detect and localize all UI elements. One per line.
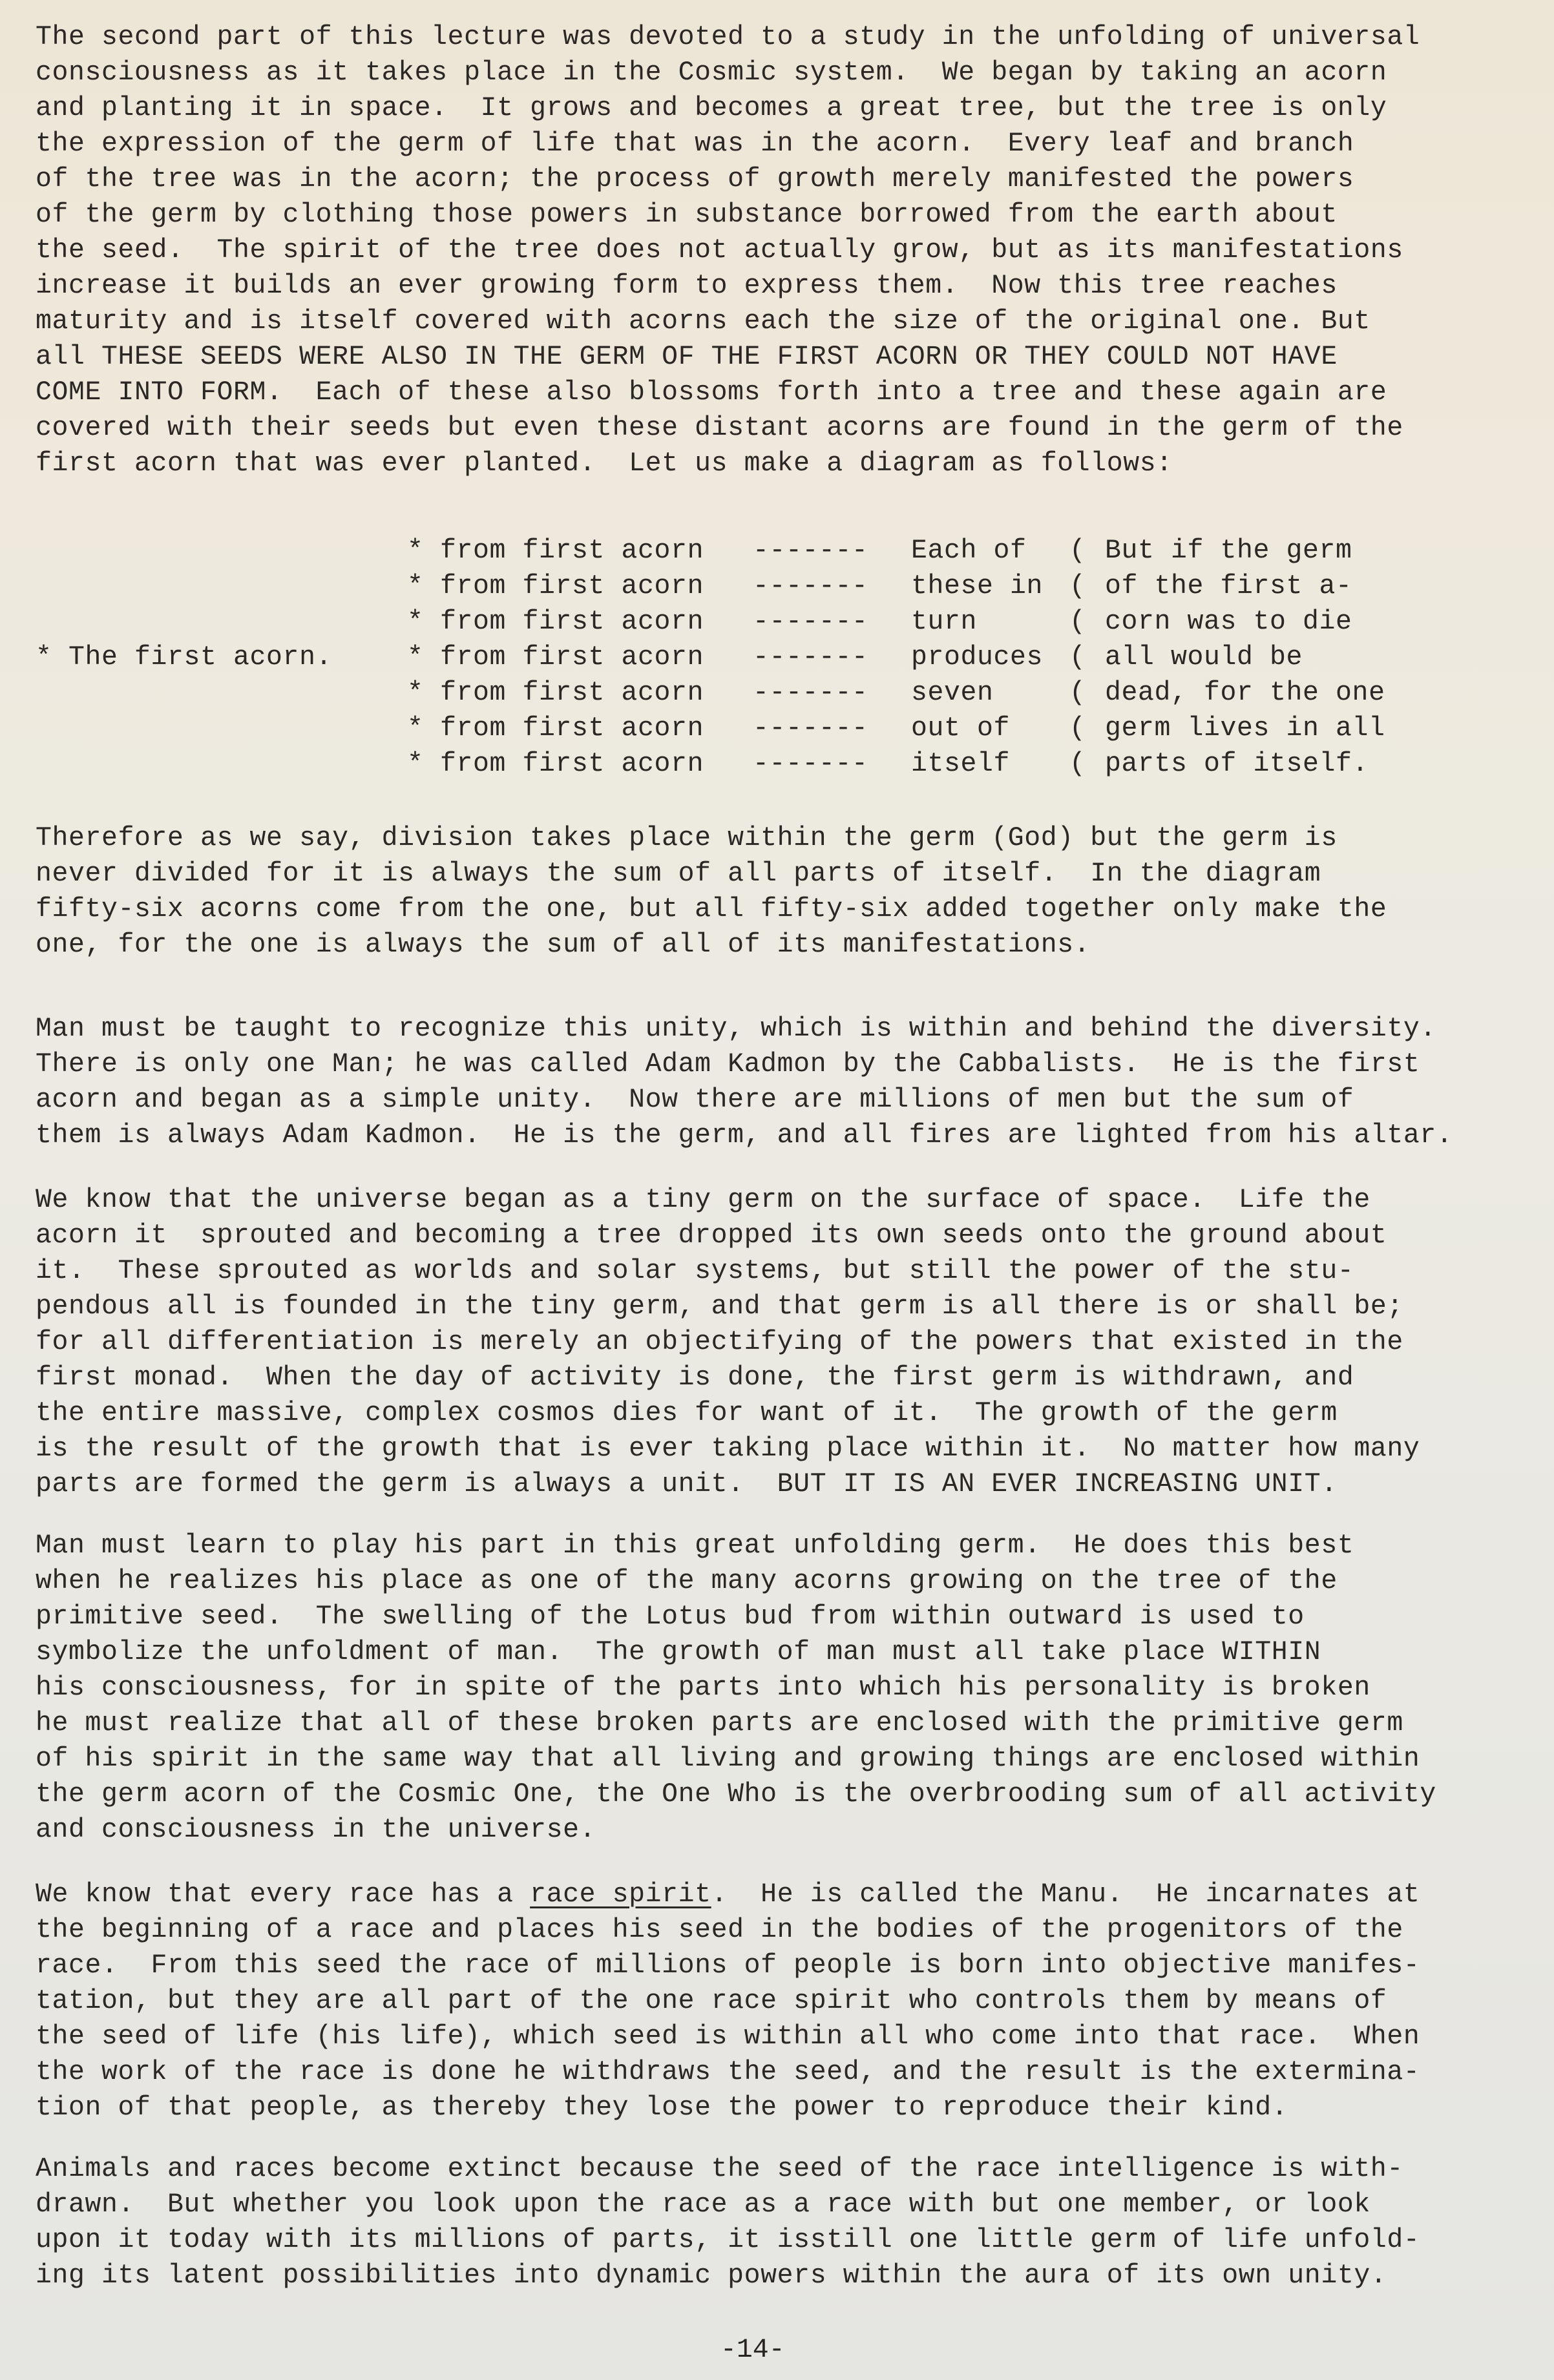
diagram-middle-text: seven	[911, 675, 994, 711]
text-line: the work of the race is done he withdraw…	[36, 2054, 1420, 2090]
underlined-term: race spirit	[530, 1879, 711, 1910]
text-line: one, for the one is always the sum of al…	[36, 927, 1387, 963]
diagram-note-text: parts of itself.	[1105, 746, 1369, 782]
diagram-brace: (	[1069, 675, 1086, 711]
text-line: the entire massive, complex cosmos dies …	[36, 1395, 1420, 1431]
diagram-connector: -------	[753, 569, 868, 604]
diagram-middle-text: these in	[911, 569, 1043, 604]
text-line: acorn it sprouted and becoming a tree dr…	[36, 1218, 1420, 1253]
text-line: the expression of the germ of life that …	[36, 126, 1420, 162]
text-line: primitive seed. The swelling of the Lotu…	[36, 1599, 1436, 1634]
diagram-row: * from first acorn-------turn(corn was t…	[36, 604, 1515, 640]
paragraph-man-part: Man must learn to play his part in this …	[36, 1528, 1436, 1848]
diagram-branch-label: * from first acorn	[407, 640, 704, 675]
paragraph-animals: Animals and races become extinct because…	[36, 2151, 1420, 2293]
diagram-row: * from first acorn-------itself(parts of…	[36, 746, 1515, 782]
diagram-branch-label: * from first acorn	[407, 604, 704, 640]
paragraph-man-unity: Man must be taught to recognize this uni…	[36, 1011, 1453, 1153]
text-line: The second part of this lecture was devo…	[36, 19, 1420, 55]
text-line: upon it today with its millions of parts…	[36, 2222, 1420, 2258]
paragraph-universe: We know that the universe began as a tin…	[36, 1182, 1420, 1502]
text-line: consciousness as it takes place in the C…	[36, 55, 1420, 90]
text-line: covered with their seeds but even these …	[36, 410, 1420, 446]
text-line: of the tree was in the acorn; the proces…	[36, 162, 1420, 197]
diagram-row: * from first acorn-------these in(of the…	[36, 569, 1515, 604]
diagram-connector: -------	[753, 711, 868, 746]
text-line: parts are formed the germ is always a un…	[36, 1467, 1420, 1502]
text-line: the beginning of a race and places his s…	[36, 1912, 1420, 1948]
diagram-note-text: of the first a-	[1105, 569, 1352, 604]
paragraph-intro: The second part of this lecture was devo…	[36, 19, 1420, 481]
text-line: of his spirit in the same way that all l…	[36, 1741, 1436, 1777]
diagram-brace: (	[1069, 640, 1086, 675]
diagram-row: * The first acorn.* from first acorn----…	[36, 640, 1515, 675]
diagram-connector: -------	[753, 640, 868, 675]
text-line: Therefore as we say, division takes plac…	[36, 820, 1387, 856]
text-line: Man must learn to play his part in this …	[36, 1528, 1436, 1563]
text-line: fifty-six acorns come from the one, but …	[36, 892, 1387, 927]
text-line: drawn. But whether you look upon the rac…	[36, 2187, 1420, 2222]
text-line: the seed. The spirit of the tree does no…	[36, 233, 1420, 268]
diagram-connector: -------	[753, 533, 868, 569]
text-line: and planting it in space. It grows and b…	[36, 90, 1420, 126]
text-line: pendous all is founded in the tiny germ,…	[36, 1289, 1420, 1324]
diagram-connector: -------	[753, 746, 868, 782]
acorn-diagram: * from first acorn-------Each of(But if …	[36, 533, 1515, 782]
diagram-row: * from first acorn-------Each of(But if …	[36, 533, 1515, 569]
paragraph-therefore: Therefore as we say, division takes plac…	[36, 820, 1387, 963]
text-line: race. From this seed the race of million…	[36, 1948, 1420, 1983]
diagram-brace: (	[1069, 746, 1086, 782]
text-line: them is always Adam Kadmon. He is the ge…	[36, 1118, 1453, 1153]
diagram-branch-label: * from first acorn	[407, 675, 704, 711]
text-line: tion of that people, as thereby they los…	[36, 2090, 1420, 2125]
text-line: tation, but they are all part of the one…	[36, 1983, 1420, 2019]
diagram-brace: (	[1069, 569, 1086, 604]
diagram-connector: -------	[753, 604, 868, 640]
text-line: We know that the universe began as a tin…	[36, 1182, 1420, 1218]
diagram-connector: -------	[753, 675, 868, 711]
diagram-middle-text: produces	[911, 640, 1043, 675]
text-segment: . He is called the Manu. He incarnates a…	[711, 1879, 1420, 1910]
diagram-root-label: * The first acorn.	[36, 640, 332, 675]
text-line: for all differentiation is merely an obj…	[36, 1324, 1420, 1360]
text-line: There is only one Man; he was called Ada…	[36, 1047, 1453, 1082]
page-number: -14-	[720, 2332, 785, 2368]
diagram-row: * from first acorn-------seven(dead, for…	[36, 675, 1515, 711]
text-line: We know that every race has a race spiri…	[36, 1877, 1420, 1912]
text-line: first acorn that was ever planted. Let u…	[36, 446, 1420, 481]
text-line: first monad. When the day of activity is…	[36, 1360, 1420, 1395]
text-line: ing its latent possibilities into dynami…	[36, 2258, 1420, 2293]
text-segment: We know that every race has a	[36, 1879, 530, 1910]
diagram-note-text: all would be	[1105, 640, 1303, 675]
text-line: it. These sprouted as worlds and solar s…	[36, 1253, 1420, 1289]
text-line: increase it builds an ever growing form …	[36, 268, 1420, 304]
diagram-note-text: dead, for the one	[1105, 675, 1385, 711]
text-line: maturity and is itself covered with acor…	[36, 304, 1420, 339]
text-line: his consciousness, for in spite of the p…	[36, 1670, 1436, 1706]
text-line: symbolize the unfoldment of man. The gro…	[36, 1634, 1436, 1670]
diagram-branch-label: * from first acorn	[407, 711, 704, 746]
text-line: never divided for it is always the sum o…	[36, 856, 1387, 892]
diagram-middle-text: turn	[911, 604, 977, 640]
diagram-middle-text: itself	[911, 746, 1010, 782]
diagram-branch-label: * from first acorn	[407, 533, 704, 569]
text-line: and consciousness in the universe.	[36, 1812, 1436, 1848]
text-line: Man must be taught to recognize this uni…	[36, 1011, 1453, 1047]
diagram-brace: (	[1069, 604, 1086, 640]
diagram-brace: (	[1069, 711, 1086, 746]
text-line: Animals and races become extinct because…	[36, 2151, 1420, 2187]
diagram-note-text: corn was to die	[1105, 604, 1352, 640]
paragraph-race-spirit: We know that every race has a race spiri…	[36, 1877, 1420, 2125]
diagram-note-text: germ lives in all	[1105, 711, 1385, 746]
text-line: he must realize that all of these broken…	[36, 1706, 1436, 1741]
text-line: is the result of the growth that is ever…	[36, 1431, 1420, 1467]
diagram-note-text: But if the germ	[1105, 533, 1352, 569]
text-line: the seed of life (his life), which seed …	[36, 2019, 1420, 2054]
text-line: all THESE SEEDS WERE ALSO IN THE GERM OF…	[36, 339, 1420, 375]
text-line: of the germ by clothing those powers in …	[36, 197, 1420, 233]
diagram-middle-text: Each of	[911, 533, 1027, 569]
text-line: COME INTO FORM. Each of these also bloss…	[36, 375, 1420, 410]
diagram-branch-label: * from first acorn	[407, 569, 704, 604]
diagram-row: * from first acorn-------out of(germ liv…	[36, 711, 1515, 746]
text-line: the germ acorn of the Cosmic One, the On…	[36, 1777, 1436, 1812]
diagram-middle-text: out of	[911, 711, 1010, 746]
text-line: when he realizes his place as one of the…	[36, 1563, 1436, 1599]
diagram-brace: (	[1069, 533, 1086, 569]
text-line: acorn and began as a simple unity. Now t…	[36, 1082, 1453, 1118]
diagram-branch-label: * from first acorn	[407, 746, 704, 782]
